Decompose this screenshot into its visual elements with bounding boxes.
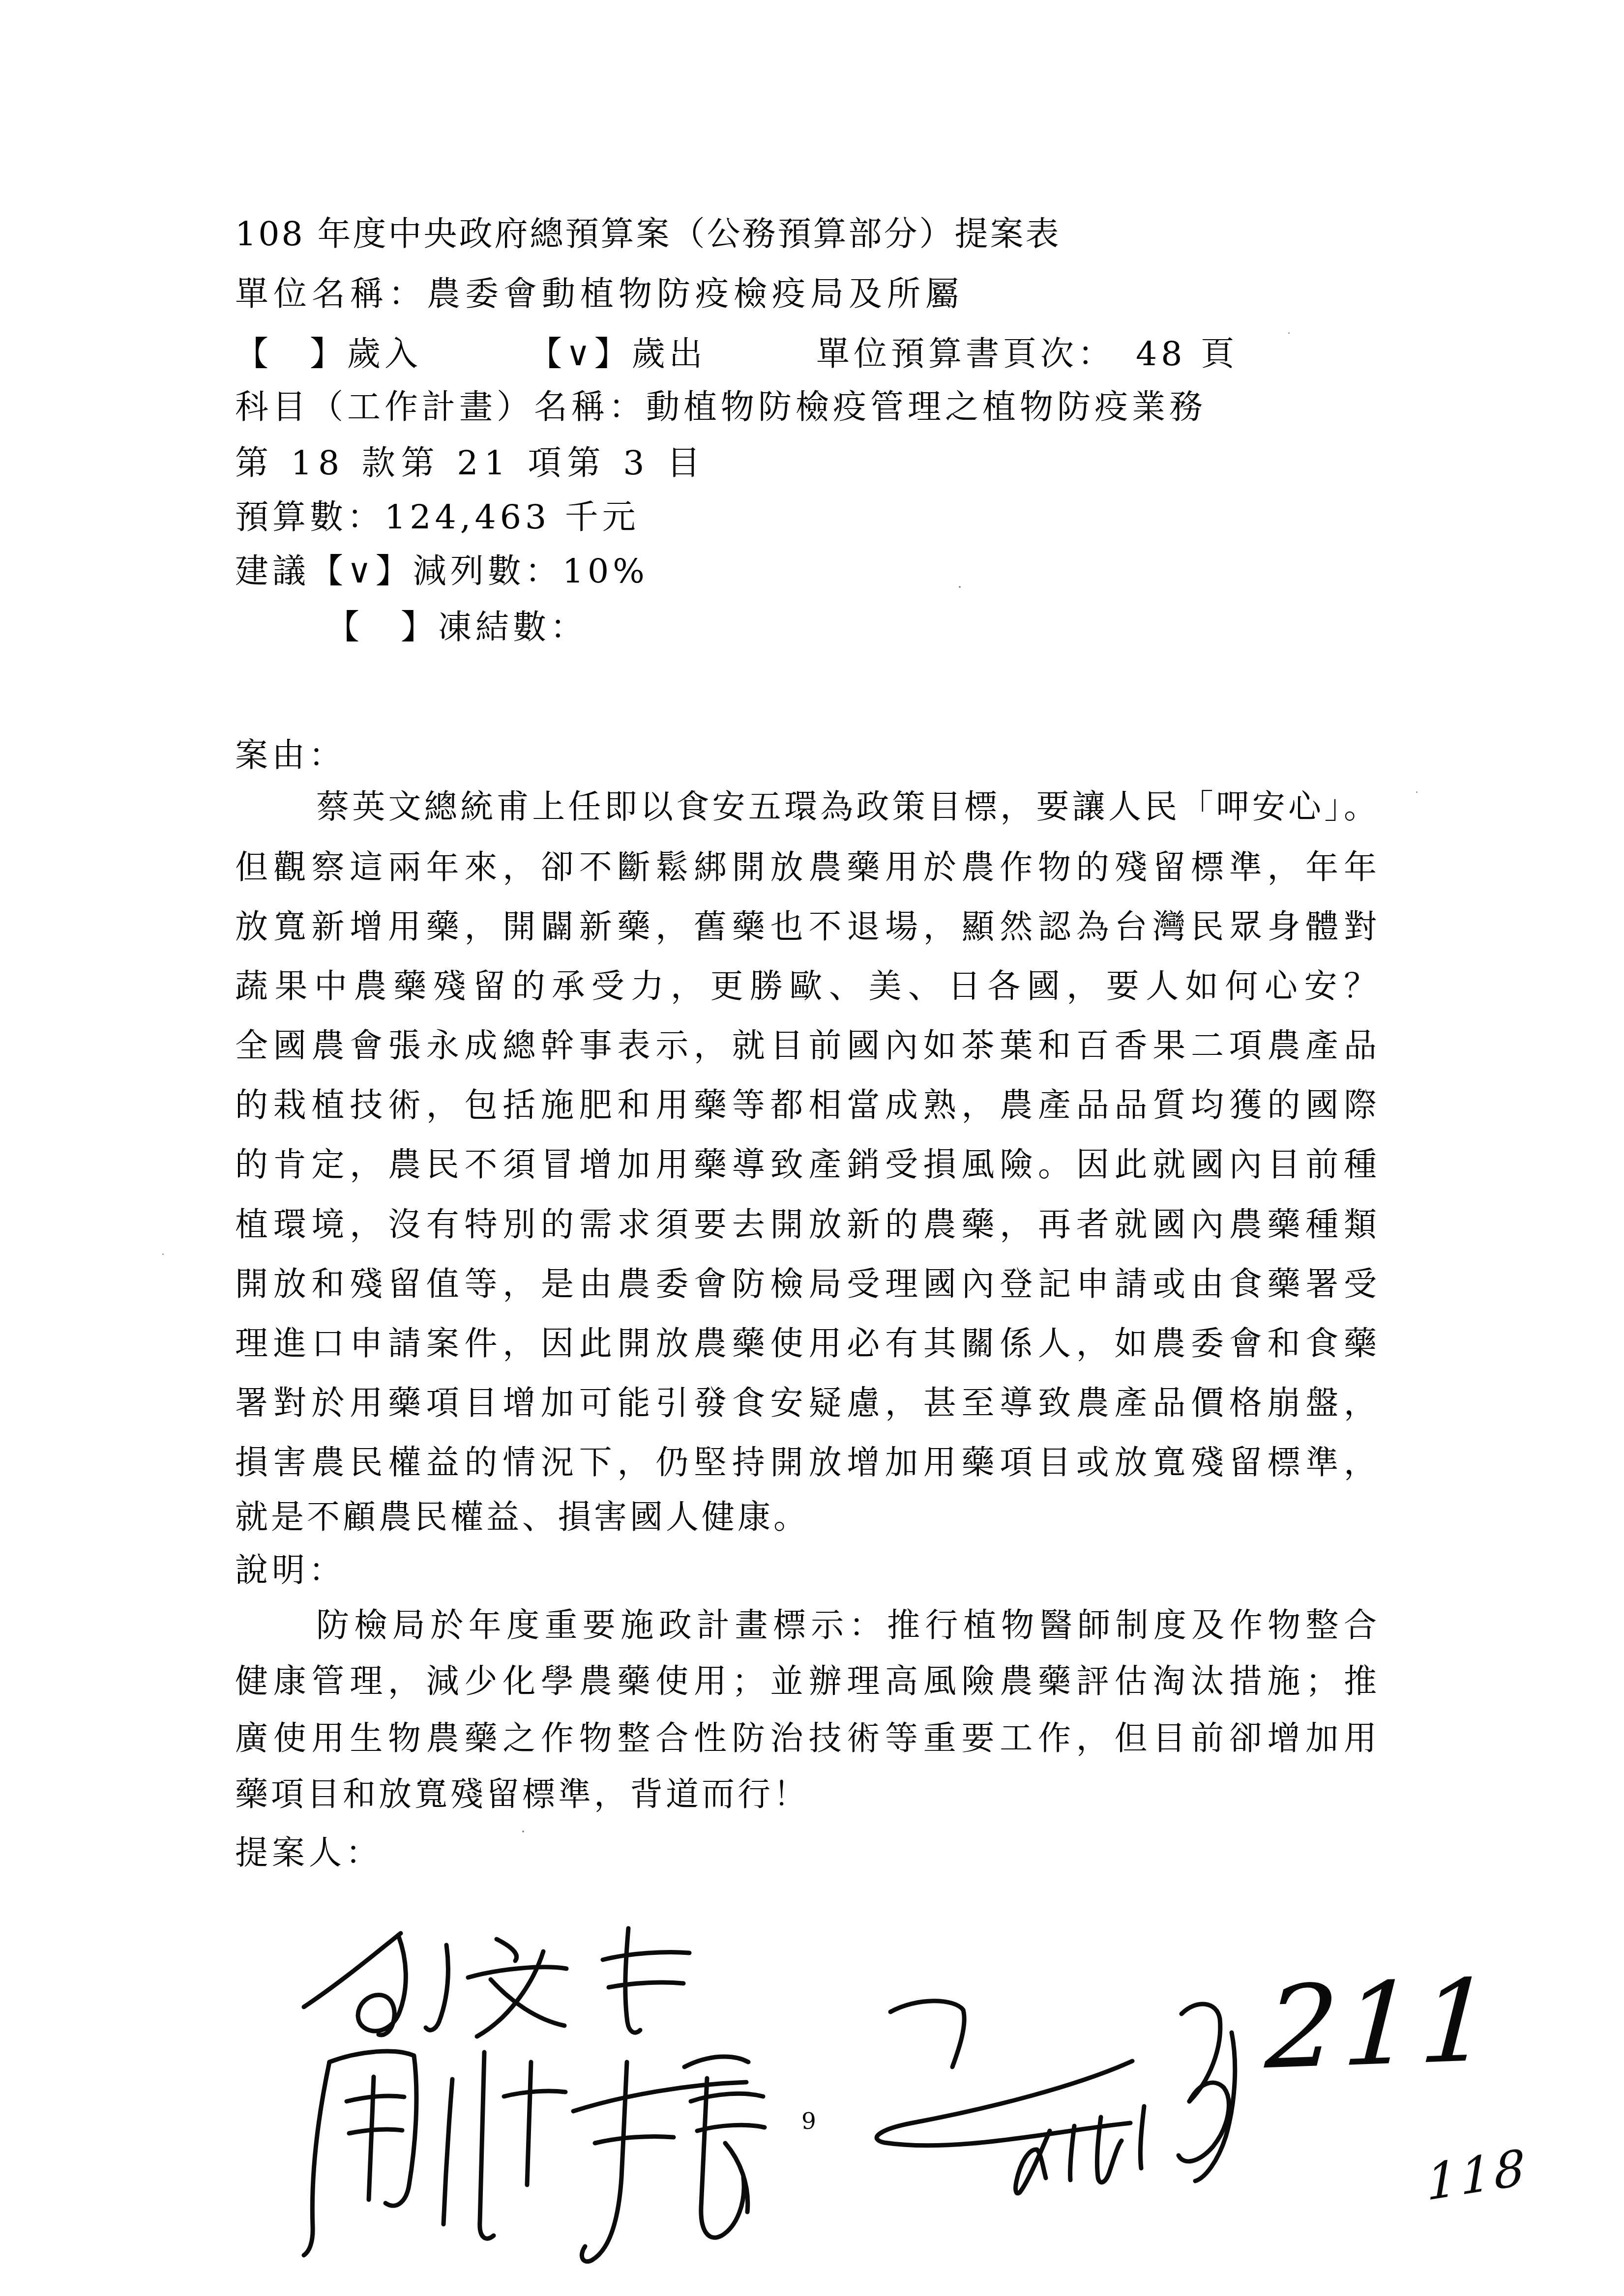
case-line: 蔬果中農藥殘留的承受力，更勝歐、美、日各國，要人如何心安？ — [235, 968, 1377, 1005]
budget-amount-line: 預算數：124,463 千元 — [235, 499, 640, 536]
freeze-checkbox-line: 【 】凍結數： — [326, 610, 588, 646]
document-title: 108 年度中央政府總預算案（公務預算部分）提案表 — [235, 216, 1061, 253]
case-line: 的肯定，農民不須冒增加用藥導致產銷受損風險。因此就國內目前種 — [235, 1147, 1377, 1183]
explanation-line-last: 藥項目和放寬殘留標準，背道而行！ — [235, 1776, 809, 1813]
explanation-line: 廣使用生物農藥之作物整合性防治技術等重要工作，但目前卻增加用 — [235, 1720, 1377, 1757]
scan-speck — [959, 586, 961, 588]
case-line: 放寬新增用藥，開闢新藥，舊藥也不退場，顯然認為台灣民眾身體對 — [235, 909, 1377, 945]
case-line: 但觀察這兩年來，卻不斷鬆綁開放農藥用於農作物的殘留標準，年年 — [235, 849, 1377, 886]
reduction-proposal-line: 建議【∨】減列數：10% — [235, 553, 649, 590]
proposer-signature-3 — [843, 1983, 1271, 2205]
explanation-line: 防檢局於年度重要施政計畫標示：推行植物醫師制度及作物整合 — [235, 1607, 1377, 1644]
handwritten-proposal-number: 211 — [1263, 1965, 1500, 2086]
case-line: 蔡英文總統甫上任即以食安五環為政策目標，要讓人民「呷安心」。 — [235, 789, 1377, 825]
item-clause-line: 第 18 款第 21 項第 3 目 — [235, 445, 706, 482]
handwritten-page-number: 118 — [1426, 2142, 1528, 2208]
printed-page-number: 9 — [801, 2110, 816, 2133]
proposer-label: 提案人： — [235, 1835, 383, 1871]
case-line: 全國農會張永成總幹事表示，就目前國內如茶葉和百香果二項農產品 — [235, 1028, 1377, 1064]
budget-book-page-ref: 單位預算書頁次： 48 頁 — [816, 336, 1238, 373]
case-line: 署對於用藥項目增加可能引發食安疑慮，甚至導致農產品價格崩盤， — [235, 1385, 1377, 1422]
scan-speck — [162, 1253, 164, 1255]
case-line: 的栽植技術，包括施肥和用藥等都相當成熟，農產品品質均獲的國際 — [235, 1087, 1377, 1124]
explanation-heading: 說明： — [235, 1552, 346, 1589]
proposer-signature-2 — [280, 2015, 787, 2281]
scan-speck — [522, 1831, 524, 1832]
scan-speck — [1416, 791, 1417, 793]
expenditure-checkbox-checked: 【∨】歲出 — [529, 336, 707, 373]
scanned-budget-proposal-page: 108 年度中央政府總預算案（公務預算部分）提案表 單位名稱：農委會動植物防疫檢… — [0, 0, 1624, 2296]
case-line: 植環境，沒有特別的需求須要去開放新的農藥，再者就國內農藥種類 — [235, 1207, 1377, 1243]
case-line: 損害農民權益的情況下，仍堅持開放增加用藥項目或放寬殘留標準， — [235, 1445, 1377, 1481]
case-heading: 案由： — [235, 737, 346, 774]
unit-name-line: 單位名稱：農委會動植物防疫檢疫局及所屬 — [235, 276, 964, 313]
case-line-last: 就是不顧農民權益、損害國人健康。 — [235, 1499, 809, 1536]
subject-work-plan-line: 科目（工作計畫）名稱：動植物防檢疫管理之植物防疫業務 — [235, 389, 1207, 426]
scan-speck — [1288, 332, 1290, 334]
explanation-line: 健康管理，減少化學農藥使用；並辦理高風險農藥評估淘汰措施；推 — [235, 1663, 1377, 1700]
case-line: 開放和殘留值等，是由農委會防檢局受理國內登記申請或由食藥署受 — [235, 1266, 1377, 1303]
revenue-checkbox: 【 】歲入 — [235, 336, 422, 373]
case-line: 理進口申請案件，因此開放農藥使用必有其關係人，如農委會和食藥 — [235, 1326, 1377, 1362]
